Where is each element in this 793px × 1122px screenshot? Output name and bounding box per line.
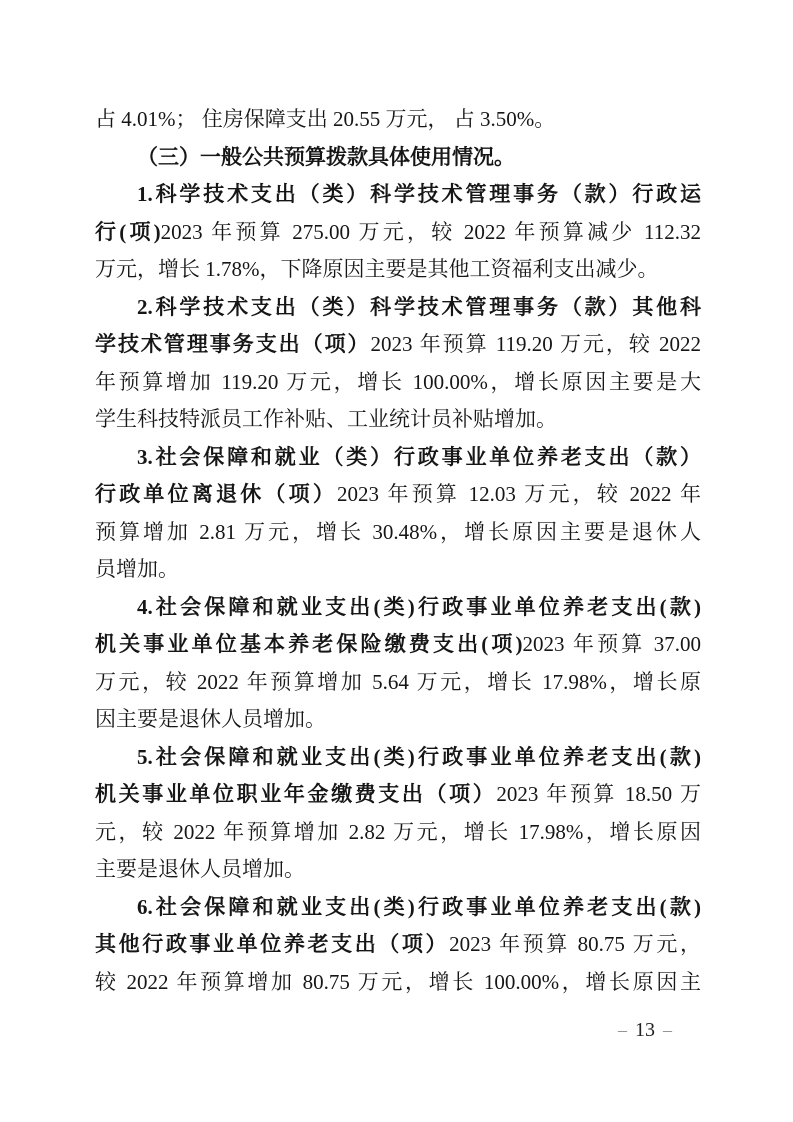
text-line: 万元，较 2022 年预算增加 5.64 万元，增长 17.98%，增长原 [95,664,701,702]
text-line: 员增加。 [95,551,701,589]
text-line: 元，较 2022 年预算增加 2.82 万元，增长 17.98%，增长原因 [95,814,701,852]
page-number: 13 [635,1019,655,1041]
text-line: 年预算增加 119.20 万元，增长 100.00%，增长原因主要是大 [95,364,701,402]
footer-dash-left: – [618,1020,627,1040]
bold-text-run: 行(项) [95,220,161,244]
text-line: 2.科学技术支出（类）科学技术管理事务（款）其他科 [95,289,701,327]
text-run: 2023 年预算 37.00 [523,632,701,656]
text-line: 学生科技特派员工作补贴、工业统计员补贴增加。 [95,401,701,439]
text-line: 其他行政事业单位养老支出（项）2023 年预算 80.75 万元， [95,926,701,964]
text-line: 预算增加 2.81 万元，增长 30.48%，增长原因主要是退休人 [95,514,701,552]
text-line: 万元，增长 1.78%，下降原因主要是其他工资福利支出减少。 [95,251,701,289]
text-line: 机关事业单位职业年金缴费支出（项）2023 年预算 18.50 万 [95,776,701,814]
text-line: 主要是退休人员增加。 [95,851,701,889]
text-run: 2023 年预算 119.20 万元，较 2022 [371,332,702,356]
document-page: 占 4.01%； 住房保障支出 20.55 万元， 占 3.50%。（三）一般公… [0,0,793,1122]
text-line: 6.社会保障和就业支出(类)行政事业单位养老支出(款) [95,889,701,927]
text-run: 主要是退休人员增加。 [95,857,305,881]
text-run: 预算增加 2.81 万元，增长 30.48%，增长原因主要是退休人 [95,520,701,544]
bold-text-run: 机关事业单位基本养老保险缴费支出(项) [95,632,523,656]
text-run: 占 4.01%； 住房保障支出 20.55 万元， 占 3.50%。 [95,107,555,131]
text-line: 行政单位离退休（项）2023 年预算 12.03 万元，较 2022 年 [95,476,701,514]
bold-text-run: 3.社会保障和就业（类）行政事业单位养老支出（款） [137,445,701,469]
footer-dash-right: – [663,1020,672,1040]
text-run: 2023 年预算 275.00 万元，较 2022 年预算减少 112.32 [161,220,701,244]
text-line: 1.科学技术支出（类）科学技术管理事务（款）行政运 [95,176,701,214]
text-run: 学生科技特派员工作补贴、工业统计员补贴增加。 [95,407,557,431]
bold-text-run: 4.社会保障和就业支出(类)行政事业单位养老支出(款) [137,595,701,619]
text-line: 5.社会保障和就业支出(类)行政事业单位养老支出(款) [95,739,701,777]
text-line: 较 2022 年预算增加 80.75 万元，增长 100.00%，增长原因主 [95,964,701,1002]
text-line: 占 4.01%； 住房保障支出 20.55 万元， 占 3.50%。 [95,101,701,139]
text-run: 因主要是退休人员增加。 [95,707,326,731]
text-run: 2023 年预算 18.50 万 [496,782,701,806]
bold-text-run: 2.科学技术支出（类）科学技术管理事务（款）其他科 [137,295,701,319]
text-run: 2023 年预算 12.03 万元，较 2022 年 [337,482,701,506]
text-line: 3.社会保障和就业（类）行政事业单位养老支出（款） [95,439,701,477]
text-run: 万元，较 2022 年预算增加 5.64 万元，增长 17.98%，增长原 [95,670,701,694]
text-run: 较 2022 年预算增加 80.75 万元，增长 100.00%，增长原因主 [95,970,701,994]
text-line: 4.社会保障和就业支出(类)行政事业单位养老支出(款) [95,589,701,627]
bold-text-run: 1.科学技术支出（类）科学技术管理事务（款）行政运 [137,182,701,206]
text-line: 因主要是退休人员增加。 [95,701,701,739]
bold-text-run: （三）一般公共预算拨款具体使用情况。 [137,145,515,169]
text-line: 机关事业单位基本养老保险缴费支出(项)2023 年预算 37.00 [95,626,701,664]
document-body: 占 4.01%； 住房保障支出 20.55 万元， 占 3.50%。（三）一般公… [95,101,701,1001]
bold-text-run: 机关事业单位职业年金缴费支出（项） [95,782,496,806]
text-run: 元，较 2022 年预算增加 2.82 万元，增长 17.98%，增长原因 [95,820,701,844]
bold-text-run: 5.社会保障和就业支出(类)行政事业单位养老支出(款) [137,745,701,769]
bold-text-run: 行政单位离退休（项） [95,482,337,506]
page-footer: –13– [599,1018,691,1043]
text-run: 年预算增加 119.20 万元，增长 100.00%，增长原因主要是大 [95,370,701,394]
text-line: 行(项)2023 年预算 275.00 万元，较 2022 年预算减少 112.… [95,214,701,252]
bold-text-run: 学技术管理事务支出（项） [95,332,371,356]
text-run: 2023 年预算 80.75 万元， [449,932,701,956]
text-run: 万元，增长 1.78%，下降原因主要是其他工资福利支出减少。 [95,257,659,281]
text-line: 学技术管理事务支出（项）2023 年预算 119.20 万元，较 2022 [95,326,701,364]
bold-text-run: 其他行政事业单位养老支出（项） [95,932,449,956]
bold-text-run: 6.社会保障和就业支出(类)行政事业单位养老支出(款) [137,895,701,919]
text-run: 员增加。 [95,557,179,581]
text-line: （三）一般公共预算拨款具体使用情况。 [95,139,701,177]
